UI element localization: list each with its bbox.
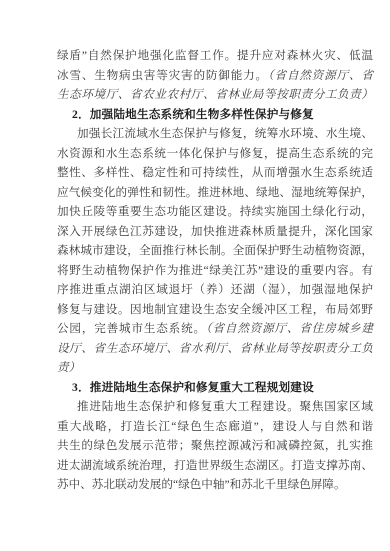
body-text-segment: 整性、多样性、稳定性和可持续性，从而增强水生态系统适: [57, 166, 373, 179]
text-line: 生态环境厅、省农业农村厅、省林业局等按职责分工负责）: [57, 85, 373, 105]
body-text-segment: 修复与建设。因地制宜建设生态安全缓冲区工程，布局郊野: [57, 303, 373, 316]
body-text-segment: 应气候变化的弹性和韧性。推进林地、绿地、湿地统筹保护，: [57, 186, 373, 199]
text-line: 加快丘陵等重要生态功能区建设。持续实施国土绿化行动，: [57, 202, 373, 222]
body-text-segment: 序推进重点湖泊区域退圩（养）还湖（湿），加强湿地保护: [57, 283, 373, 296]
text-line: 修复与建设。因地制宜建设生态安全缓冲区工程，布局郊野: [57, 300, 373, 320]
text-line: 深入开展绿色江苏建设，加快推进森林质量提升，深化国家: [57, 222, 373, 242]
body-text-segment: 3．推进陆地生态保护和修复重大工程规划建设: [72, 381, 314, 394]
body-text-segment: 加快丘陵等重要生态功能区建设。持续实施国土绿化行动，: [57, 205, 373, 218]
attribution-text-segment: （省自然资源厅、省: [268, 69, 373, 82]
body-text-segment: 森林城市建设，全面推行林长制。全面保护野生动植物资源，: [57, 244, 373, 257]
text-line: 整性、多样性、稳定性和可持续性，从而增强水生态系统适: [57, 163, 373, 183]
text-line: 绿盾”自然保护地强化监督工作。提升应对森林火灾、低温: [57, 46, 373, 66]
body-text-segment: 进太湖流域系统治理，打造世界级生态湖区。打造支撑苏南、: [57, 459, 373, 472]
text-line: 森林城市建设，全面推行林长制。全面保护野生动植物资源，: [57, 241, 373, 261]
text-line: 水资源和水生态系统一体化保护与修复，提高生态系统的完: [57, 144, 373, 164]
attribution-text-segment: 责）: [57, 361, 80, 374]
text-line: 重大战略，打造长江“绿色生态廊道”，建设人与自然和谐: [57, 417, 373, 437]
body-text-segment: 绿盾”自然保护地强化监督工作。提升应对森林火灾、低温: [57, 49, 373, 62]
body-text-segment: 苏中、苏北联动发展的“绿色中轴”和苏北千里绿色屏障。: [57, 478, 346, 491]
body-text-segment: 重大战略，打造长江“绿色生态廊道”，建设人与自然和谐: [57, 420, 373, 433]
body-text-segment: 共生的绿色发展示范带；聚焦控源减污和减磷控氮，扎实推: [57, 439, 373, 452]
document-text-block: 绿盾”自然保护地强化监督工作。提升应对森林火灾、低温冰雪、生物病虫害等灾害的防御…: [57, 46, 373, 495]
text-line: 序推进重点湖泊区域退圩（养）还湖（湿），加强湿地保护: [57, 280, 373, 300]
text-line: 推进陆地生态保护和修复重大工程建设。聚焦国家区域: [57, 397, 373, 417]
text-line: 公园，完善城市生态系统。（省自然资源厅、省住房城乡建: [57, 319, 373, 339]
section-heading: 3．推进陆地生态保护和修复重大工程规划建设: [57, 378, 373, 398]
text-line: 将野生动植物保护作为推进“绿美江苏”建设的重要内容。有: [57, 261, 373, 281]
text-line: 进太湖流域系统治理，打造世界级生态湖区。打造支撑苏南、: [57, 456, 373, 476]
text-line: 应气候变化的弹性和韧性。推进林地、绿地、湿地统筹保护，: [57, 183, 373, 203]
attribution-text-segment: （省自然资源厅、省住房城乡建: [206, 322, 373, 335]
body-text-segment: 水资源和水生态系统一体化保护与修复，提高生态系统的完: [57, 147, 373, 160]
text-line: 苏中、苏北联动发展的“绿色中轴”和苏北千里绿色屏障。: [57, 475, 373, 495]
body-text-segment: 加强长江流域水生态保护与修复，统筹水环境、水生境、: [77, 127, 373, 140]
body-text-segment: 深入开展绿色江苏建设，加快推进森林质量提升，深化国家: [57, 225, 373, 238]
text-line: 责）: [57, 358, 373, 378]
text-line: 冰雪、生物病虫害等灾害的防御能力。（省自然资源厅、省: [57, 66, 373, 86]
document-page: 绿盾”自然保护地强化监督工作。提升应对森林火灾、低温冰雪、生物病虫害等灾害的防御…: [0, 0, 390, 551]
section-heading: 2．加强陆地生态系统和生物多样性保护与修复: [57, 105, 373, 125]
attribution-text-segment: 设厅、省生态环境厅、省水利厅、省林业局等按职责分工负: [57, 342, 373, 355]
body-text-segment: 将野生动植物保护作为推进“绿美江苏”建设的重要内容。有: [57, 264, 373, 277]
text-line: 加强长江流域水生态保护与修复，统筹水环境、水生境、: [57, 124, 373, 144]
body-text-segment: 2．加强陆地生态系统和生物多样性保护与修复: [72, 108, 314, 121]
text-line: 共生的绿色发展示范带；聚焦控源减污和减磷控氮，扎实推: [57, 436, 373, 456]
body-text-segment: 冰雪、生物病虫害等灾害的防御能力。: [57, 69, 268, 82]
attribution-text-segment: 生态环境厅、省农业农村厅、省林业局等按职责分工负责）: [57, 88, 373, 101]
body-text-segment: 公园，完善城市生态系统。: [57, 322, 206, 335]
body-text-segment: 推进陆地生态保护和修复重大工程建设。聚焦国家区域: [77, 400, 373, 413]
text-line: 设厅、省生态环境厅、省水利厅、省林业局等按职责分工负: [57, 339, 373, 359]
